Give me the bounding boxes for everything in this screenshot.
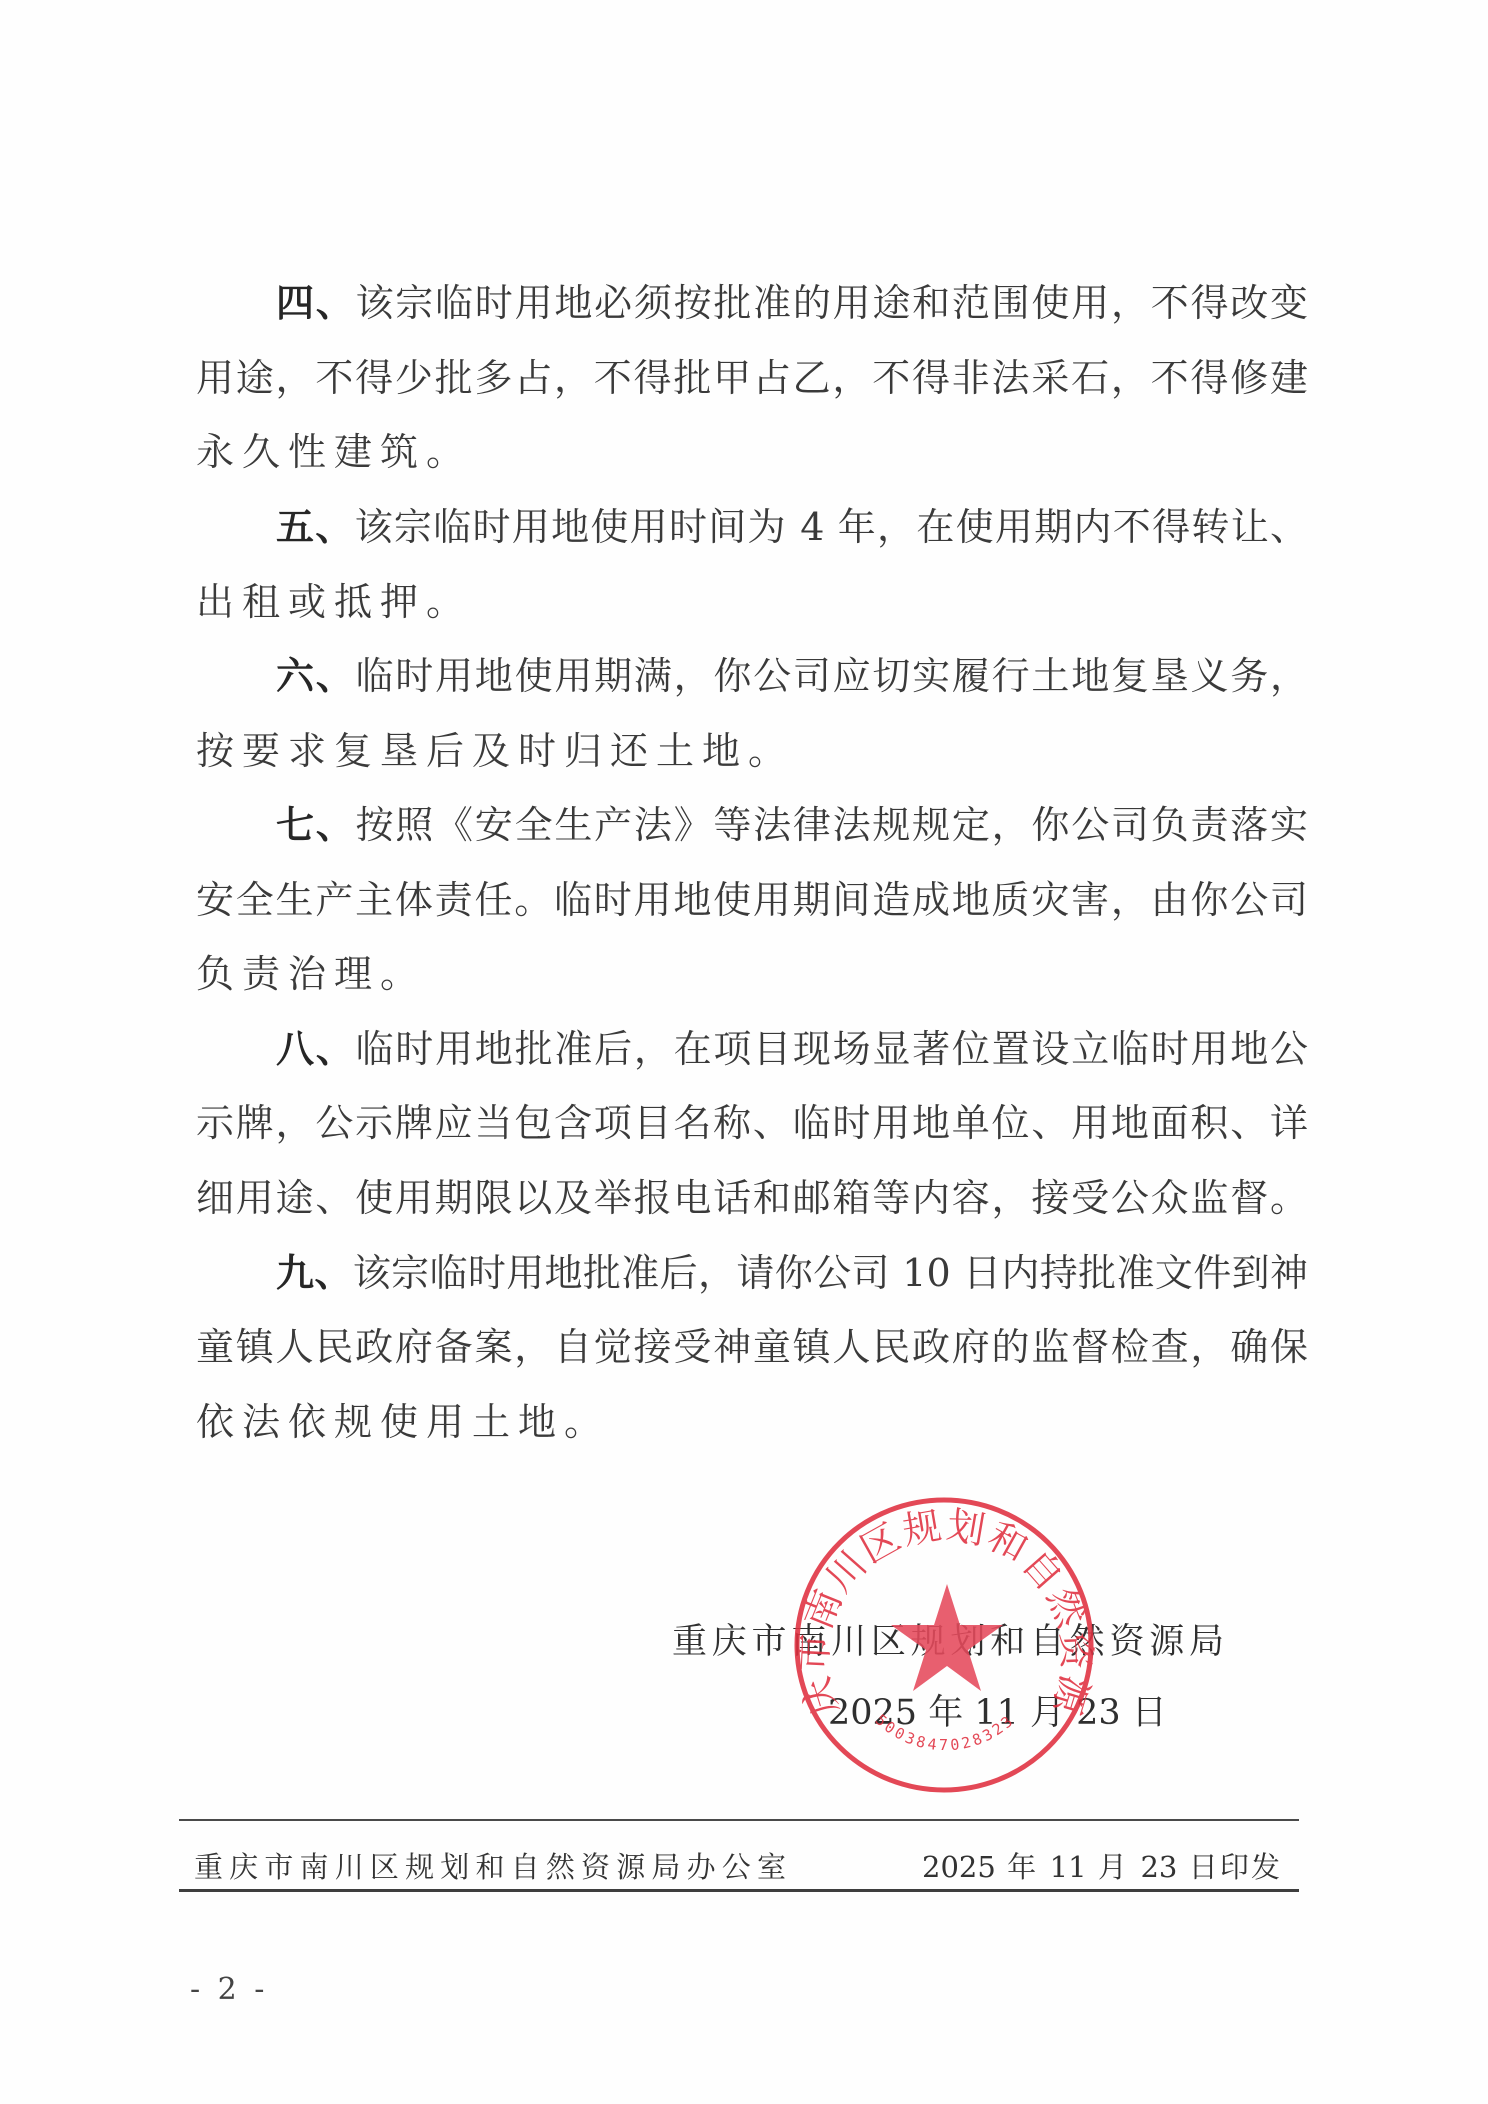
- svg-text:重庆市南川区规划和自然资源局: 重庆市南川区规划和自然资源局: [790, 1492, 1099, 1721]
- paragraph-6-line-2: 按要求复垦后及时归还土地。: [196, 725, 1308, 777]
- paragraph-7-line-2: 安全生产主体责任。临时用地使用期间造成地质灾害，由你公司: [196, 874, 1308, 926]
- paragraph-5-line-1: 五、该宗临时用地使用时间为 4 年，在使用期内不得转让、: [196, 501, 1308, 553]
- paragraph-number: 五、: [276, 504, 355, 549]
- paragraph-text: 该宗临时用地批准后，请你公司 10 日内持批准文件到神: [353, 1251, 1308, 1295]
- paragraph-7-line-1: 七、按照《安全生产法》等法律法规规定，你公司负责落实: [196, 799, 1308, 851]
- paragraph-number: 六、: [276, 653, 356, 698]
- paragraph-8-line-1: 八、临时用地批准后，在项目现场显著位置设立临时用地公: [196, 1023, 1308, 1075]
- seal-arc-text: 重庆市南川区规划和自然资源局: [790, 1492, 1099, 1721]
- paragraph-text: 临时用地使用期满，你公司应切实履行土地复垦义务，: [356, 654, 1308, 698]
- paragraph-number: 七、: [276, 802, 356, 847]
- paragraph-8-line-2: 示牌，公示牌应当包含项目名称、临时用地单位、用地面积、详: [196, 1097, 1308, 1149]
- paragraph-number: 八、: [276, 1026, 356, 1071]
- paragraph-9-line-3: 依法依规使用土地。: [196, 1396, 1308, 1448]
- paragraph-text: 按照《安全生产法》等法律法规规定，你公司负责落实: [356, 803, 1308, 847]
- document-page: 四、该宗临时用地必须按批准的用途和范围使用，不得改变 用途，不得少批多占，不得批…: [0, 0, 1488, 2104]
- paragraph-text: 该宗临时用地使用时间为 4 年，在使用期内不得转让、: [355, 505, 1308, 549]
- paragraph-text: 临时用地批准后，在项目现场显著位置设立临时用地公: [356, 1027, 1308, 1071]
- paragraph-8-line-3: 细用途、使用期限以及举报电话和邮箱等内容，接受公众监督。: [196, 1172, 1308, 1224]
- paragraph-7-line-3: 负责治理。: [196, 948, 1308, 1000]
- paragraph-4-line-2: 用途，不得少批多占，不得批甲占乙，不得非法采石，不得修建: [196, 352, 1308, 404]
- signature-organization: 重庆市南川区规划和自然资源局: [672, 1619, 1224, 1665]
- paragraph-9-line-1: 九、该宗临时用地批准后，请你公司 10 日内持批准文件到神: [196, 1247, 1308, 1299]
- footer-issuer: 重庆市南川区规划和自然资源局办公室: [194, 1846, 786, 1888]
- paragraph-5-line-2: 出租或抵押。: [196, 576, 1308, 628]
- footer-rule-top: [179, 1819, 1299, 1821]
- paragraph-number: 四、: [276, 280, 356, 325]
- paragraph-6-line-1: 六、临时用地使用期满，你公司应切实履行土地复垦义务，: [196, 650, 1308, 702]
- paragraph-9-line-2: 童镇人民政府备案，自觉接受神童镇人民政府的监督检查，确保: [196, 1321, 1308, 1373]
- paragraph-4-line-3: 永久性建筑。: [196, 426, 1308, 478]
- paragraph-number: 九、: [276, 1250, 353, 1295]
- paragraph-4-line-1: 四、该宗临时用地必须按批准的用途和范围使用，不得改变: [196, 277, 1308, 329]
- page-number: - 2 -: [190, 1970, 268, 2010]
- signature-date: 2025 年 11 月 23 日: [828, 1690, 1150, 1736]
- footer-rule-bottom: [179, 1889, 1299, 1892]
- paragraph-text: 该宗临时用地必须按批准的用途和范围使用，不得改变: [356, 281, 1308, 325]
- footer-issue-date: 2025 年 11 月 23 日印发: [922, 1846, 1280, 1888]
